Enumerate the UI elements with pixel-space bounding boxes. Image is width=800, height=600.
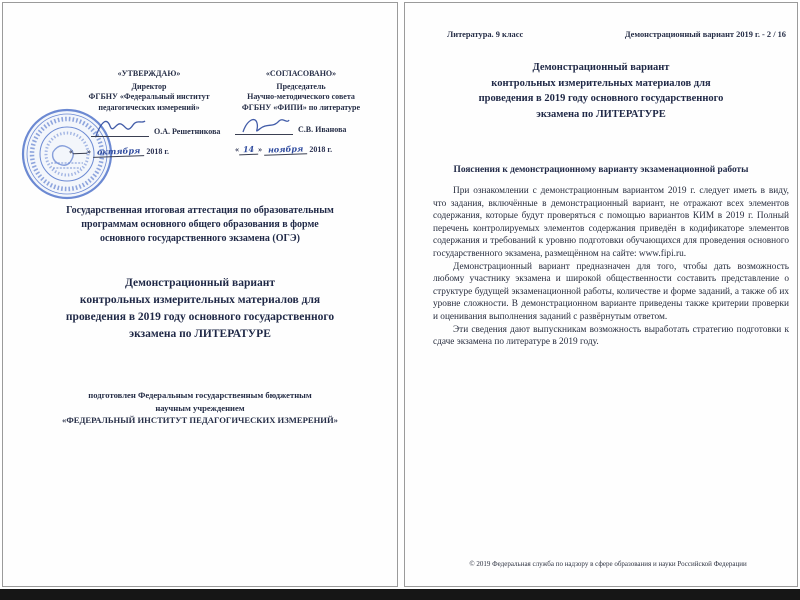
quote-close: »	[258, 145, 262, 154]
body-text: При ознакомлении с демонстрационным вари…	[433, 185, 789, 349]
demo-title-line: контрольных измерительных материалов для	[27, 292, 373, 309]
page-title-line: экзамена по ЛИТЕРАТУРЕ	[431, 107, 771, 123]
signature-scribble-icon	[237, 114, 291, 138]
signature-line	[91, 121, 149, 137]
gia-title-line: основного государственного экзамена (ОГЭ…	[29, 232, 371, 246]
handwritten-day	[73, 153, 87, 154]
quote-close: »	[87, 147, 91, 156]
signature-line	[235, 119, 293, 135]
prepared-by-line: подготовлен Федеральным государственным …	[25, 389, 375, 402]
section-heading: Пояснения к демонстрационному варианту э…	[405, 165, 797, 175]
agreement-heading: «СОГЛАСОВАНО»	[211, 69, 391, 80]
quote-open: «	[69, 147, 73, 156]
page-header: Литература. 9 класс Демонстрационный вар…	[447, 30, 786, 39]
date-year: 2018 г.	[146, 147, 169, 156]
page-title-line: контрольных измерительных материалов для	[431, 76, 771, 92]
agreement-org-line2: ФГБНУ «ФИПИ» по литературе	[211, 103, 391, 114]
handwritten-day: 14	[239, 144, 259, 156]
demo-title-line: экзамена по ЛИТЕРАТУРЕ	[27, 326, 373, 343]
page-title-line: проведения в 2019 году основного государ…	[431, 91, 771, 107]
signatory-name-chairman: С.В. Иванова	[298, 125, 346, 135]
gia-title-line: программам основного общего образования …	[29, 218, 371, 232]
demo-title-line: проведения в 2019 году основного государ…	[27, 309, 373, 326]
demo-variant-title: Демонстрационный вариант контрольных изм…	[3, 275, 397, 343]
agreement-role: Председатель	[211, 82, 391, 93]
gia-title: Государственная итоговая аттестация по о…	[3, 204, 397, 246]
handwritten-month: октября	[93, 145, 145, 158]
paragraph: Эти сведения дают выпускникам возможност…	[433, 324, 789, 349]
signature-row-chairman: С.В. Иванова	[235, 119, 346, 135]
prepared-by-line: научным учреждением	[25, 402, 375, 415]
document-page-right: Литература. 9 класс Демонстрационный вар…	[404, 2, 798, 587]
prepared-by-line: «ФЕДЕРАЛЬНЫЙ ИНСТИТУТ ПЕДАГОГИЧЕСКИХ ИЗМ…	[25, 414, 375, 427]
handwritten-month: ноября	[264, 143, 308, 156]
document-page-left: «УТВЕРЖДАЮ» Директор ФГБНУ «Федеральный …	[2, 2, 398, 587]
approval-block-soglasovano: «СОГЛАСОВАНО» Председатель Научно-методи…	[211, 69, 391, 113]
prepared-by-block: подготовлен Федеральным государственным …	[3, 389, 397, 427]
signature-scribble-icon	[93, 116, 147, 140]
demo-title-line: Демонстрационный вариант	[27, 275, 373, 292]
approval-date-director: « » октября 2018 г.	[69, 146, 169, 157]
signatory-name-director: О.А. Решетникова	[154, 127, 220, 137]
page-title: Демонстрационный вариант контрольных изм…	[405, 60, 797, 122]
paragraph: Демонстрационный вариант предназначен дл…	[433, 261, 789, 324]
page-title-line: Демонстрационный вариант	[431, 60, 771, 76]
viewer-bottom-bar	[0, 589, 800, 600]
gia-title-line: Государственная итоговая аттестация по о…	[29, 204, 371, 218]
agreement-org-line1: Научно-методического совета	[211, 92, 391, 103]
header-variant-pagenum: Демонстрационный вариант 2019 г. - 2 / 1…	[625, 30, 786, 39]
signature-row-director: О.А. Решетникова	[91, 121, 220, 137]
date-year: 2018 г.	[309, 145, 332, 154]
paragraph: При ознакомлении с демонстрационным вари…	[433, 185, 789, 261]
approval-date-chairman: «14» ноября 2018 г.	[235, 144, 332, 155]
copyright-footer: © 2019 Федеральная служба по надзору в с…	[405, 560, 797, 568]
header-subject: Литература. 9 класс	[447, 30, 523, 39]
